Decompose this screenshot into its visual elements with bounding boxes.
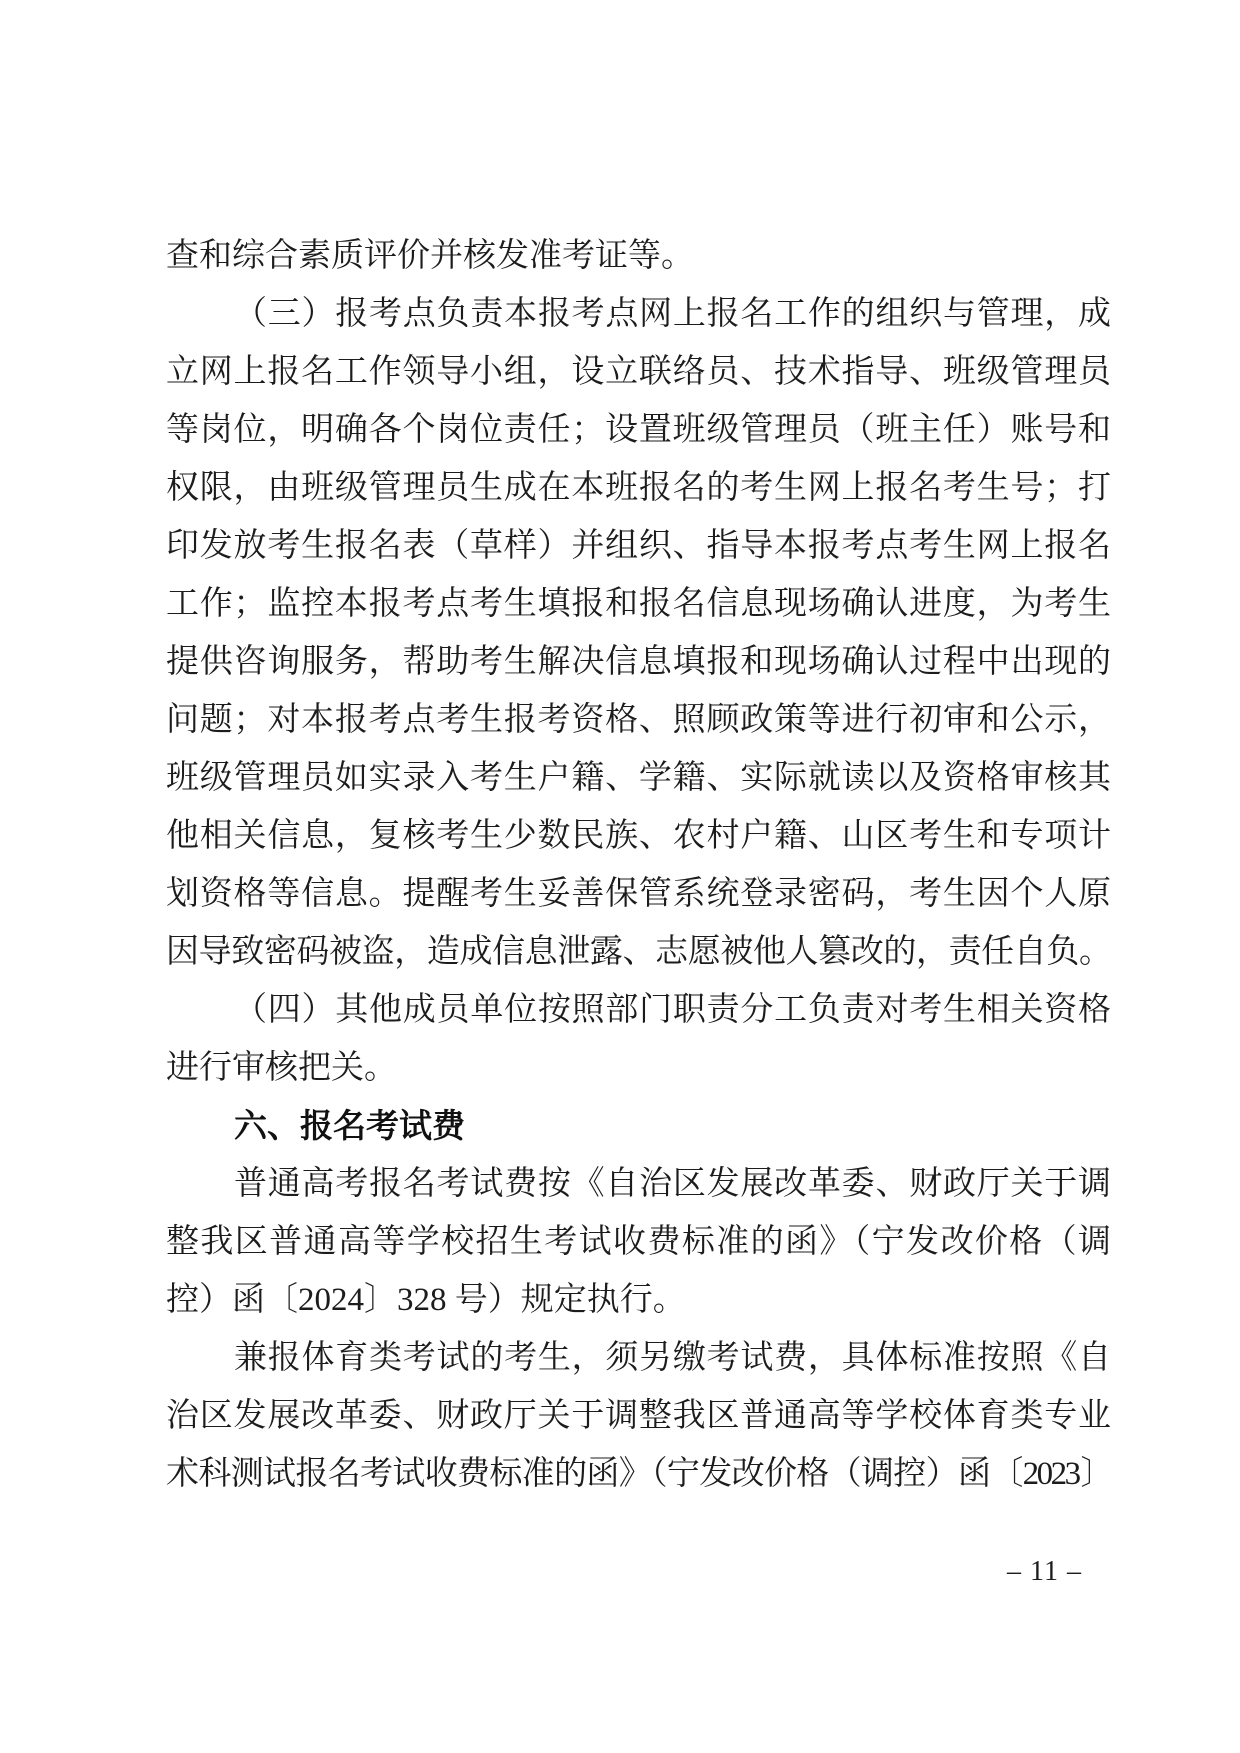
- text-line: 他相关信息，复核考生少数民族、农村户籍、山区考生和专项计: [166, 807, 1111, 865]
- text-line: 划资格等信息。提醒考生妥善保管系统登录密码，考生因个人原: [166, 865, 1111, 923]
- text-line: 工作；监控本报考点考生填报和报名信息现场确认进度，为考生: [166, 575, 1111, 633]
- text-line: 整我区普通高等学校招生考试收费标准的函》（宁发改价格（调: [166, 1213, 1111, 1271]
- section-heading-six: 六、报名考试费: [166, 1097, 1111, 1155]
- text-line: 班级管理员如实录入考生户籍、学籍、实际就读以及资格审核其: [166, 749, 1111, 807]
- text-line: （三）报考点负责本报考点网上报名工作的组织与管理，成: [166, 285, 1111, 343]
- text-line: 立网上报名工作领导小组，设立联络员、技术指导、班级管理员: [166, 343, 1111, 401]
- text-line: 进行审核把关。: [166, 1039, 1111, 1097]
- text-line: 控）函〔2024〕328 号）规定执行。: [166, 1271, 1111, 1329]
- text-line: 术科测试报名考试收费标准的函》（宁发改价格（调控）函〔2023〕: [166, 1445, 1111, 1503]
- text-line: 普通高考报名考试费按《自治区发展改革委、财政厅关于调: [166, 1155, 1111, 1213]
- text-line: 治区发展改革委、财政厅关于调整我区普通高等学校体育类专业: [166, 1387, 1111, 1445]
- document-page: 查和综合素质评价并核发准考证等。 （三）报考点负责本报考点网上报名工作的组织与管…: [0, 0, 1240, 1753]
- text-line: （四）其他成员单位按照部门职责分工负责对考生相关资格: [166, 981, 1111, 1039]
- text-line: 提供咨询服务，帮助考生解决信息填报和现场确认过程中出现的: [166, 633, 1111, 691]
- text-line: 兼报体育类考试的考生，须另缴考试费，具体标准按照《自: [166, 1329, 1111, 1387]
- text-line: 因导致密码被盗，造成信息泄露、志愿被他人篡改的，责任自负。: [166, 923, 1111, 981]
- text-line: 问题；对本报考点考生报考资格、照顾政策等进行初审和公示，: [166, 691, 1111, 749]
- text-line: 印发放考生报名表（草样）并组织、指导本报考点考生网上报名: [166, 517, 1111, 575]
- text-line: 等岗位，明确各个岗位责任；设置班级管理员（班主任）账号和: [166, 401, 1111, 459]
- page-number: – 11 –: [1007, 1552, 1082, 1592]
- text-line: 权限，由班级管理员生成在本班报名的考生网上报名考生号；打: [166, 459, 1111, 517]
- text-line: 查和综合素质评价并核发准考证等。: [166, 227, 1111, 285]
- document-body: 查和综合素质评价并核发准考证等。 （三）报考点负责本报考点网上报名工作的组织与管…: [166, 227, 1111, 1503]
